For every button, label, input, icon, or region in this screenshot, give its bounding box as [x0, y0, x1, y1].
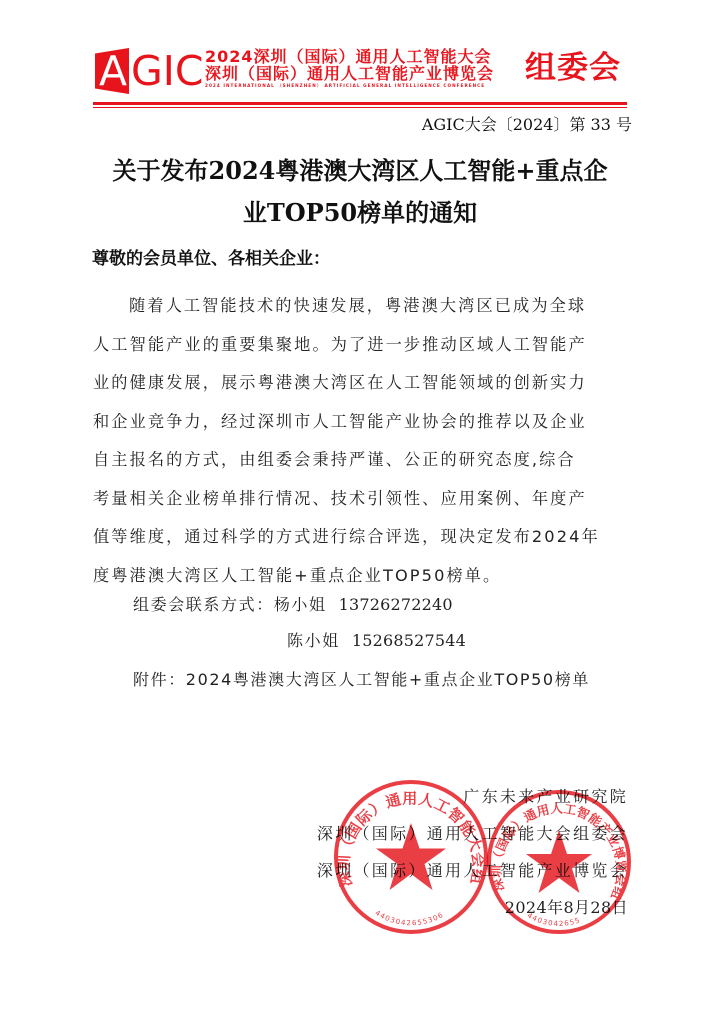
- contact-row-1: 组委会联系方式：杨小姐13726272240: [133, 593, 453, 617]
- title-line-1: 关于发布2024粤港澳大湾区人工智能+重点企: [80, 150, 640, 192]
- letterhead-org: 组委会: [525, 50, 621, 86]
- body-line: 业的健康发展，展示粤港澳大湾区在人工智能领域的创新实力: [93, 364, 633, 403]
- document-number: AGIC大会〔2024〕第 33 号: [422, 114, 632, 136]
- body-line: 度粤港澳大湾区人工智能+重点企业TOP50榜单。: [93, 557, 633, 596]
- seal-serial: 4403042655306: [374, 909, 446, 927]
- letterhead-english-subline: 2024 INTERNATIONAL （SHENZHEN） ARTIFICIAL…: [205, 82, 505, 90]
- body-line: 和企业竞争力，经过深圳市人工智能产业协会的推荐以及企业: [93, 403, 633, 442]
- body-line: 自主报名的方式，由组委会秉持严谨、公正的研究态度,综合: [93, 441, 633, 480]
- body-line: 随着人工智能技术的快速发展，粤港澳大湾区已成为全球: [93, 287, 633, 326]
- attachment-line: 附件：2024粤港澳大湾区人工智能+重点企业TOP50榜单: [133, 668, 590, 692]
- letterhead-line-1: 2024深圳（国际）通用人工智能大会: [205, 48, 505, 65]
- letterhead: A GIC 2024深圳（国际）通用人工智能大会 深圳（国际）通用人工智能产业博…: [93, 46, 627, 96]
- document-title: 关于发布2024粤港澳大湾区人工智能+重点企 业TOP50榜单的通知: [80, 150, 640, 234]
- salutation: 尊敬的会员单位、各相关企业：: [92, 247, 330, 271]
- body-line: 值等维度，通过科学的方式进行综合评选，现决定发布2024年: [93, 518, 633, 557]
- contact-name: 陈小姐: [287, 631, 340, 650]
- signature-org-3: 深圳（国际）通用人工智能产业博览会: [317, 859, 628, 883]
- contact-name: 杨小姐: [274, 595, 327, 614]
- logo-letter-a: A: [99, 49, 127, 93]
- signature-org-1: 广东未来产业研究院: [463, 785, 628, 809]
- contact-phone: 15268527544: [352, 631, 466, 650]
- title-line-2: 业TOP50榜单的通知: [80, 192, 640, 234]
- body-line: 考量相关企业榜单排行情况、技术引领性、应用案例、年度产: [93, 480, 633, 519]
- signature-date: 2024年8月28日: [505, 896, 628, 920]
- signature-org-2: 深圳（国际）通用人工智能大会组委会: [317, 822, 628, 846]
- letterhead-event-names: 2024深圳（国际）通用人工智能大会 深圳（国际）通用人工智能产业博览会 202…: [205, 48, 505, 90]
- svg-text:4403042655306: 4403042655306: [374, 909, 446, 927]
- contact-row-2: 陈小姐15268527544: [287, 629, 466, 653]
- body-line: 人工智能产业的重要集聚地。为了进一步推动区域人工智能产: [93, 326, 633, 365]
- contact-label: 组委会联系方式：: [133, 595, 274, 614]
- letterhead-rule-thick: [93, 102, 627, 105]
- body-paragraph: 随着人工智能技术的快速发展，粤港澳大湾区已成为全球 人工智能产业的重要集聚地。为…: [93, 287, 633, 595]
- logo-letters-gic: GIC: [131, 49, 204, 93]
- letterhead-line-2: 深圳（国际）通用人工智能产业博览会: [205, 65, 505, 82]
- agic-logo: A GIC: [95, 48, 201, 94]
- document-page: A GIC 2024深圳（国际）通用人工智能大会 深圳（国际）通用人工智能产业博…: [0, 0, 724, 1024]
- letterhead-rule-thin: [93, 107, 627, 108]
- contact-phone: 13726272240: [339, 595, 453, 614]
